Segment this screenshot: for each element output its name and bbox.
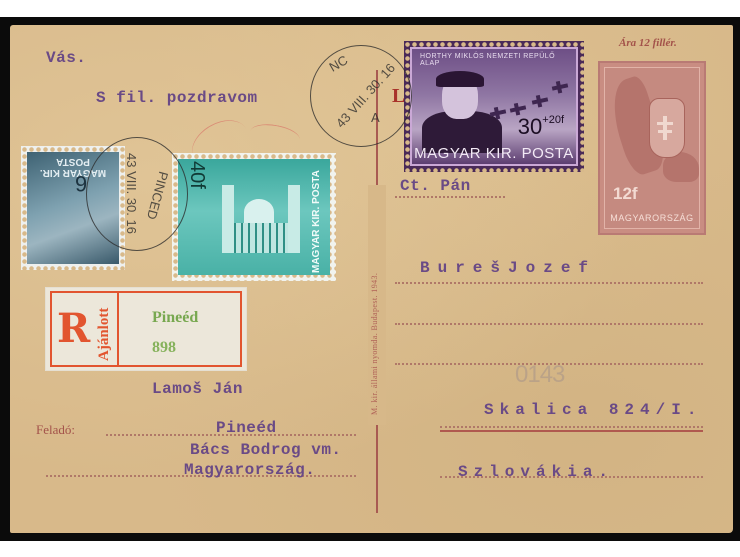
recipient-city: Skalica 824/I.: [484, 401, 702, 419]
recipient-country: Szlovákia.: [458, 463, 614, 481]
price-text: Ára 12 fillér.: [619, 37, 677, 49]
recipient-underline: [440, 430, 703, 432]
imprint-value: 12f: [613, 184, 638, 204]
registration-word: Ajánlott: [96, 308, 113, 361]
recipient-line-0: [395, 196, 505, 198]
registration-office: Pineéd: [152, 309, 198, 327]
sender-county: Bács Bodrog vm.: [190, 441, 342, 459]
registration-label: R Ajánlott Pineéd 898: [45, 287, 247, 371]
top-postmark: NC 43 VIII. 30. 16 A: [310, 45, 412, 147]
green-church-stamp: 40f MAGYAR KIR. POSTA: [172, 153, 336, 281]
postmark-letter: A: [371, 110, 380, 125]
recipient-line-5: [440, 476, 703, 478]
crest-icon: [649, 98, 685, 158]
crayon-mark: [249, 121, 302, 150]
imprint-country: MAGYARORSZÁG: [605, 213, 699, 223]
recipient-name: BurešJozef: [420, 259, 596, 277]
sender-town: Pineéd: [216, 419, 277, 437]
air-stamp-bottom-text: MAGYAR KIR. POSTA: [412, 145, 576, 162]
value-surcharge: +20f: [542, 114, 564, 126]
postmark-date: 43 VIII. 30. 16: [333, 60, 398, 130]
pencil-note: 0143: [515, 361, 564, 389]
colonnade: [234, 223, 288, 253]
recipient-salutation: Ct. Pán: [400, 177, 471, 195]
tower: [222, 185, 234, 253]
registration-letter: R: [57, 305, 90, 352]
value-main: 30: [518, 114, 542, 139]
left-postmark: 43 VIII. 30. 16 PINCED: [86, 137, 188, 251]
air-stamp-value: 30+20f: [518, 114, 564, 140]
sender-name: Lamoš Ján: [152, 380, 243, 398]
recipient-line-3: [395, 363, 703, 365]
greeting-text: Vás.: [46, 49, 86, 67]
green-stamp-text: MAGYAR KIR. POSTA: [311, 170, 322, 273]
message-text: S fil. pozdravom: [96, 89, 258, 107]
recipient-line-4: [440, 426, 703, 428]
cross-bar: [658, 130, 672, 133]
pilot-cap: [436, 71, 484, 87]
cross-bar: [657, 122, 673, 125]
airplane-icon: [532, 97, 548, 104]
registration-number: 898: [152, 339, 176, 357]
postcard: Vás. S fil. pozdravom M. kir. állami nyo…: [10, 25, 733, 533]
airplane-icon: [490, 109, 506, 116]
postmark-town: NC: [327, 52, 351, 74]
postmark-town: PINCED: [144, 170, 171, 221]
sender-country: Magyarország.: [184, 461, 315, 479]
airplane-icon: [552, 83, 568, 90]
printer-imprint: M. kir. állami nyomda. Budapest. 1943.: [370, 185, 379, 415]
recipient-line-2: [395, 323, 703, 325]
tower: [288, 185, 300, 253]
dome: [244, 199, 274, 225]
double-cross-icon: [663, 116, 667, 140]
green-stamp-value: 40f: [185, 161, 208, 189]
church-icon: [222, 181, 302, 261]
imprinted-stamp: 12f MAGYARORSZÁG: [598, 61, 706, 235]
airplane-icon: [510, 105, 526, 112]
air-fund-stamp: HORTHY MIKLÓS NEMZETI REPÜLŐ ALAP 30+20f…: [404, 41, 584, 172]
label-divider: [117, 293, 119, 365]
air-stamp-top-text: HORTHY MIKLÓS NEMZETI REPÜLŐ ALAP: [420, 53, 576, 67]
sender-label: Feladó:: [36, 422, 75, 438]
recipient-line-1: [395, 282, 703, 284]
postmark-date: 43 VIII. 30. 16: [124, 153, 139, 234]
